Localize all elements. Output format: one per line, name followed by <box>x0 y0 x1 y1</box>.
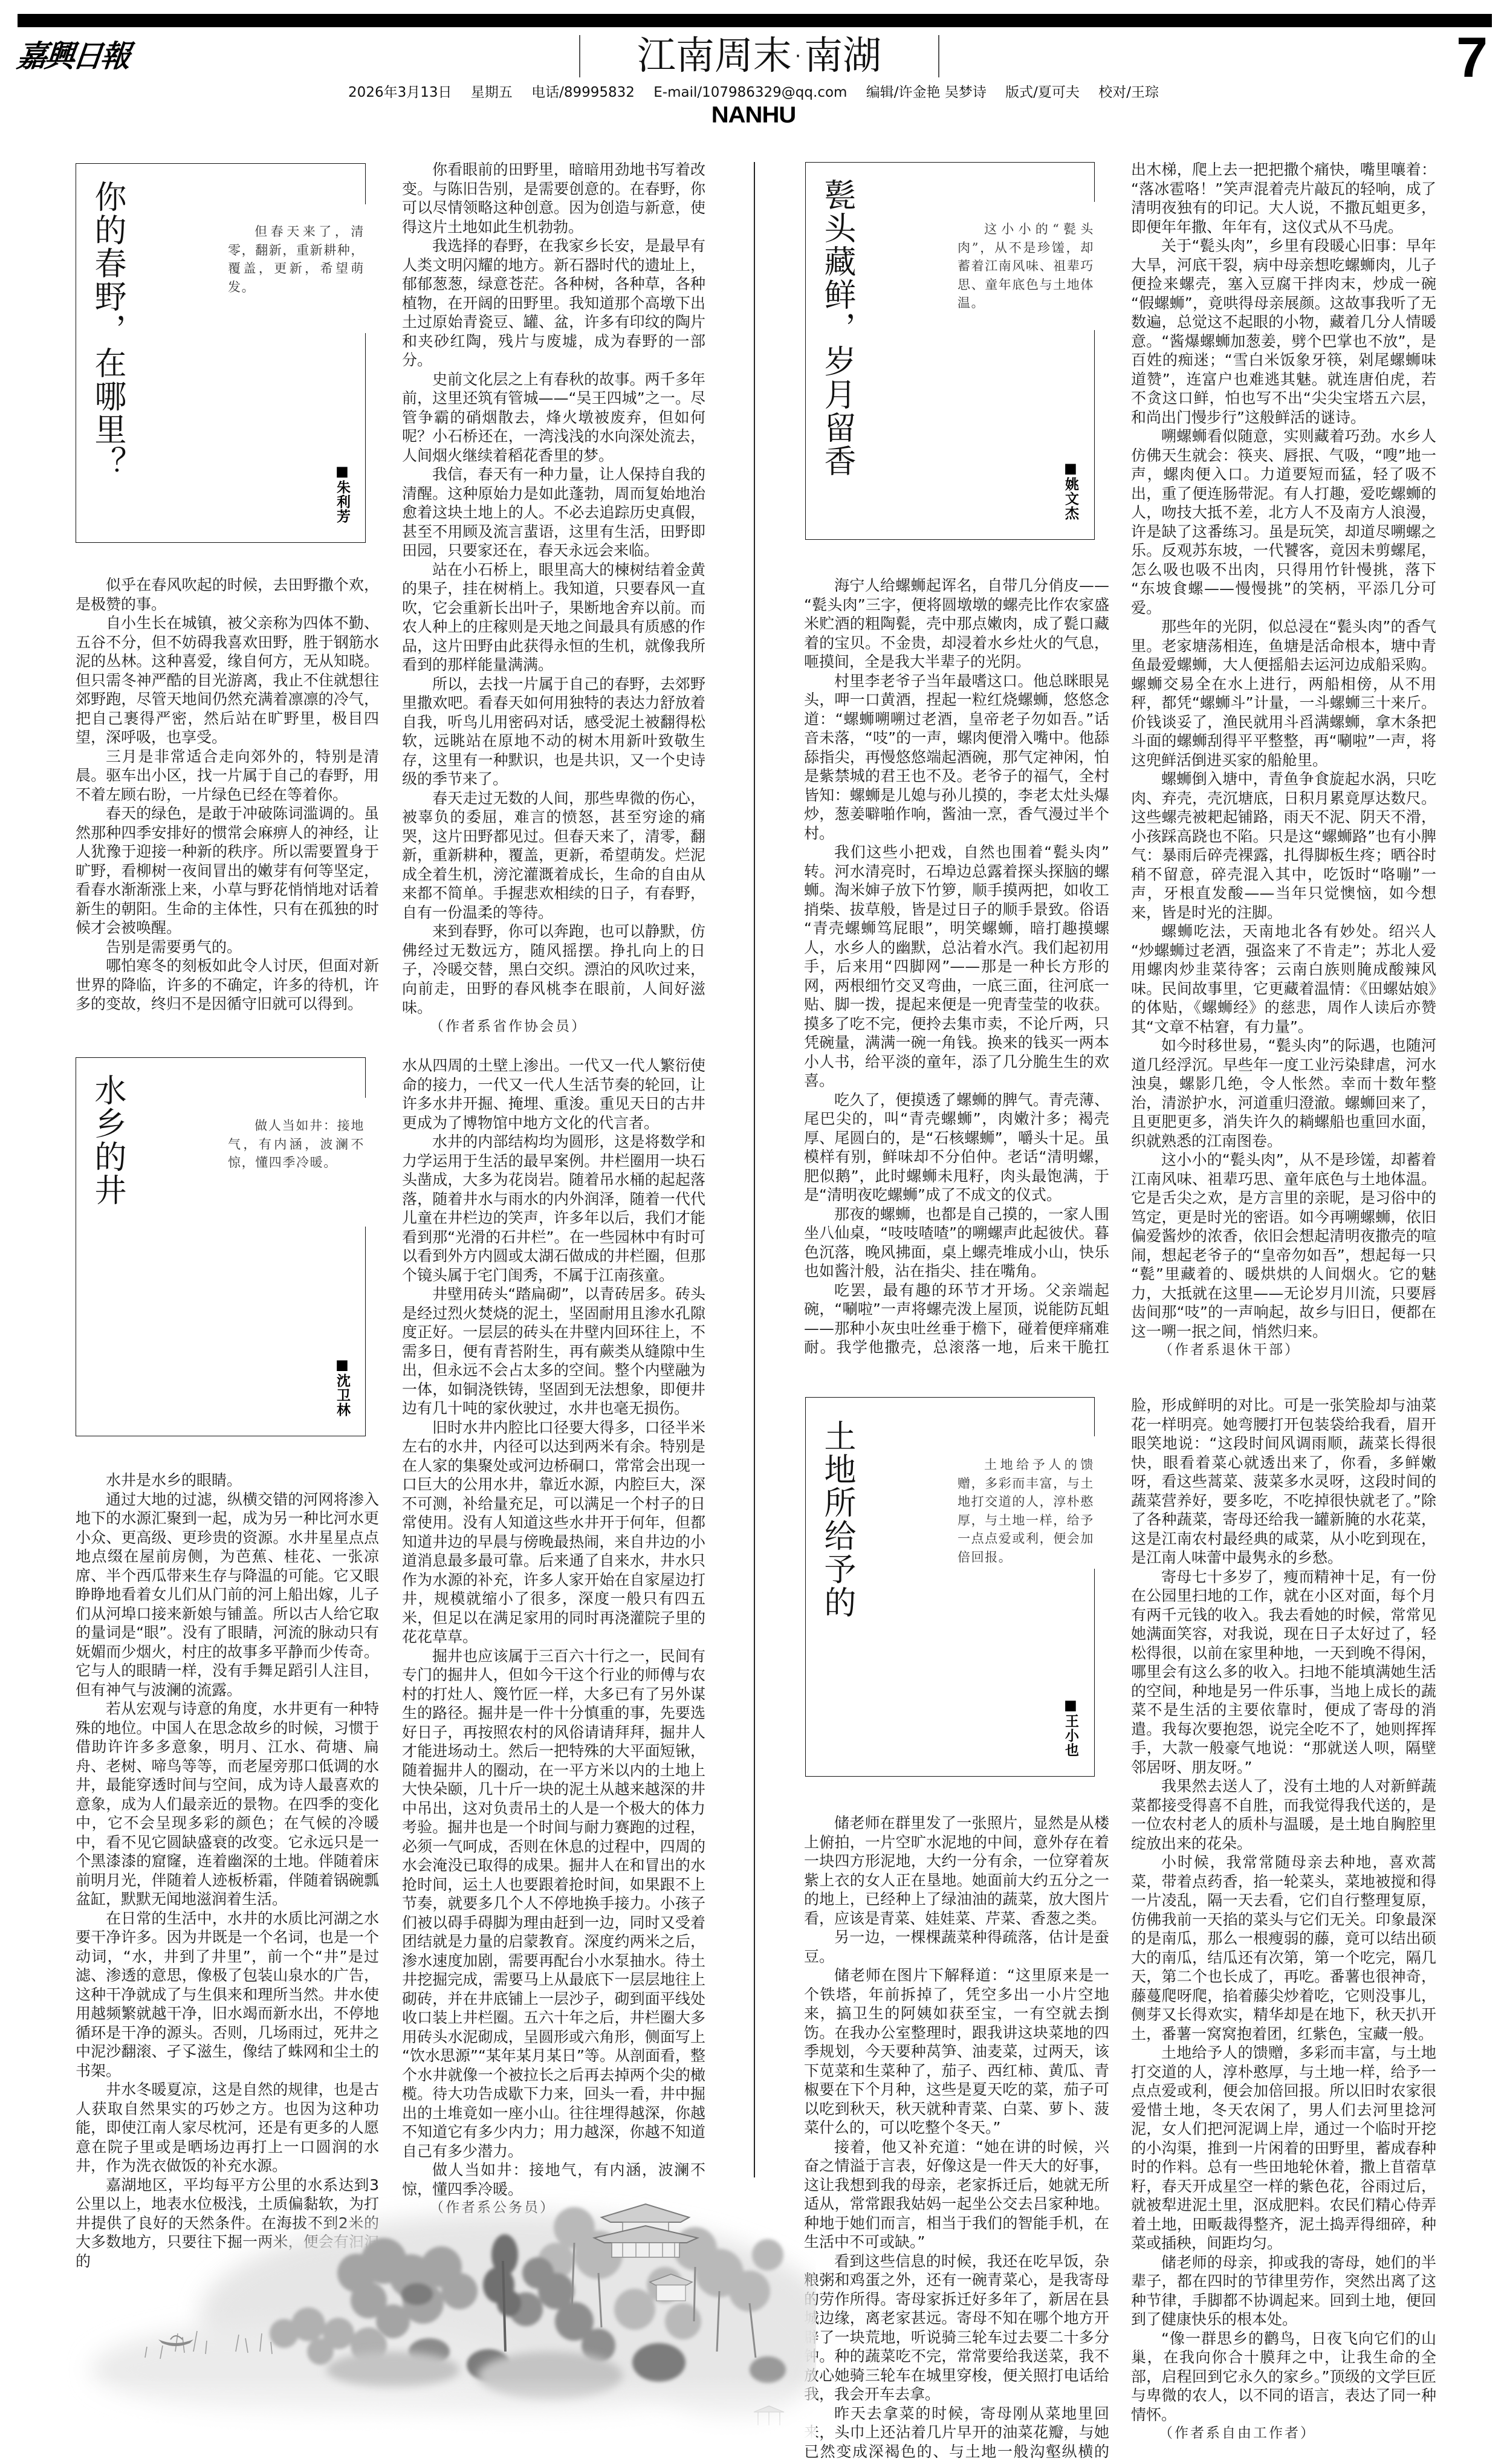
paragraph: “像一群思乡的鹳鸟，日夜飞向它们的山巢，在我向你合十膜拜之中，让我生命的全部，启… <box>1131 2329 1436 2425</box>
page-number: 7 <box>1456 29 1488 86</box>
article-column: 你看眼前的田野里，暗暗用劲地书写着改变。与陈旧告别，是需要创意的。在春野，你可以… <box>402 160 705 1036</box>
paragraph: 关于“甏头肉”，乡里有段暖心旧事：早年大旱，河底干裂，病中母亲想吃螺蛳肉，儿子便… <box>1131 236 1436 427</box>
paragraph: 昨天去拿菜的时候，寄母刚从菜地里回来，头巾上还沾着几片早开的油菜花瓣，与她已然变… <box>804 2404 1109 2462</box>
paragraph: 井壁用砖头“踏扁砌”，以青砖居多。砖头是经过烈火焚烧的泥土，坚固耐用且渗水孔隙度… <box>402 1285 705 1418</box>
paragraph: 掘井也应该属于三百六十行之一，民间有专门的掘井人，但如今干这个行业的师傅与农村的… <box>402 1647 705 2161</box>
article-title: 甏头藏鲜，岁月留香 <box>819 178 855 478</box>
newspaper-logo: 嘉興日報 <box>15 33 146 80</box>
byline-square-icon: ■ <box>1063 1697 1078 1714</box>
layout-credit: 版式/夏可夫 <box>1005 85 1080 100</box>
paragraph: 看到这些信息的时候，我还在吃早饭，杂粮粥和鸡蛋之外，还有一碗青菜心，是我寄母的劳… <box>804 2252 1109 2404</box>
section-title: 江南周末·南湖 <box>580 35 938 77</box>
paragraph: 村里李老爷子当年最嗜这口。他总眯眼晃头，呷一口黄酒，捏起一粒红烧螺蛳，悠悠念道：… <box>804 672 1109 843</box>
article-column: 海宁人给螺蛳起诨名，自带几分俏皮——“甏头肉”三字，便将圆墩墩的螺壳比作农家盛米… <box>804 576 1109 1357</box>
title-box-border-segment <box>365 1227 366 1436</box>
paragraph: 储老师的母亲，抑或我的寄母，她们的半辈子，都在四时的节律里劳作，突然出离了这种节… <box>1131 2253 1436 2329</box>
paragraph: 另一边，一棵棵蔬菜种得疏落，估计是蚕豆。 <box>804 1928 1109 1966</box>
paragraph: 史前文化层之上有春秋的故事。两千多年前，这里还筑有管城——“吴王四城”之一。尽管… <box>402 370 705 465</box>
paragraph: 我果然去送人了，没有土地的人对新鲜蔬菜都接受得喜不自胜，而我觉得我代送的，是一位… <box>1131 1777 1436 1853</box>
article-lede: 但春天来了，清零，翻新，重新耕种，覆盖，更新，希望萌发。 <box>228 222 365 296</box>
article-title: 土地所给予的 <box>819 1419 855 1619</box>
title-box-border-segment <box>1094 1569 1095 1777</box>
paragraph: 螺蛳吃法，天南地北各有妙处。绍兴人“炒螺蛳过老酒，强盗来了不肯走”；苏北人爱用螺… <box>1131 922 1436 1036</box>
byline-square-icon: ■ <box>334 464 350 480</box>
editors-credit: 编辑/许金艳 吴梦诗 <box>866 85 987 100</box>
byline-square-icon: ■ <box>334 1357 350 1373</box>
paragraph: 我们这些小把戏，自然也围着“甏头肉”转。河水清亮时，石埠边总露着探头探脑的螺蛳。… <box>804 843 1109 1091</box>
author-note: （作者系退休干部） <box>1131 1341 1436 1360</box>
paragraph: 螺蛳倒入塘中，青鱼争食旋起水涡，只吃肉、弃壳，壳沉塘底，日积月累竟厚达数尺。这些… <box>1131 770 1436 922</box>
paragraph: 这小小的“甏头肉”，从不是珍馐，却蓄着江南风味、祖辈巧思、童年底色与土地体温。它… <box>1131 1150 1436 1341</box>
article-column: 储老师在群里发了一张照片，显然是从楼上俯拍，一片空旷水泥地的中间，意外存在着一块… <box>804 1814 1109 2461</box>
paragraph: 三月是非常适合走向郊外的，特别是清晨。驱车出小区，找一片属于自己的春野，用不着左… <box>76 747 379 805</box>
paragraph: 若从宏观与诗意的角度，水井更有一种特殊的地位。中国人在思念故乡的时候，习惯于借助… <box>76 1699 379 1909</box>
paragraph: 旧时水井内腔比口径要大得多，口径半米左右的水井，内径可以达到两米有余。特别是在人… <box>402 1418 705 1647</box>
author-byline: ■朱利芳 <box>334 464 350 524</box>
paragraph: 所以，去找一片属于自己的春野，去郊野里撒欢吧。看春天如何用独特的表达力舒放着自我… <box>402 675 705 789</box>
paragraph: 自小生长在城镇，被父亲称为四体不勤、五谷不分，但不妨碍我喜欢田野，胜于钢筋水泥的… <box>76 614 379 747</box>
paragraph: 我信，春天有一种力量，让人保持自我的清醒。这种原始力是如此蓬勃，周而复始地治愈着… <box>402 465 705 560</box>
paragraph: 小时候，我常常随母亲去种地，喜欢蒿菜，带着点药香，掐一轮菜头，菜地被搅和得一片凌… <box>1131 1853 1436 2043</box>
paragraph: 那夜的螺蛳，也都是自己摸的，一家人围坐八仙桌，“吱吱喳喳”的嗍螺声此起彼伏。暮色… <box>804 1205 1109 1281</box>
paragraph: 储老师在图片下解释道：“这里原来是一个铁塔，年前拆掉了，凭空多出一小片空地来，搞… <box>804 1966 1109 2138</box>
paragraph: 水井是水乡的眼睛。 <box>76 1471 379 1490</box>
paragraph: 如今时移世易，“甏头肉”的际遇，也随河道几经浮沉。早些年一度工业污染肆虐，河水浊… <box>1131 1036 1436 1150</box>
ink-wash-landscape-illustration <box>54 2170 816 2442</box>
issue-weekday: 星期五 <box>471 85 513 100</box>
article-column: 脸，形成鲜明的对比。可是一张笑脸却与油菜花一样明亮。她弯腰打开包装袋给我看，眉开… <box>1131 1396 1436 2443</box>
dateline: 2026年3月13日 星期五 电话/89995832 E-mail/107986… <box>0 85 1507 100</box>
contact-phone: 电话/89995832 <box>531 85 635 100</box>
article-column: 似乎在春风吹起的时候，去田野撒个欢，是极赞的事。 自小生长在城镇，被父亲称为四体… <box>76 575 379 1014</box>
contact-email: E-mail/107986329@qq.com <box>653 85 847 100</box>
byline-square-icon: ■ <box>1063 461 1078 477</box>
author-note: （作者系自由工作者） <box>1131 2424 1436 2443</box>
paragraph-continued: 出木梯，爬上去一把把撒个痛快，嘴里嚷着：“落冰雹咯！”笑声混着壳片敲瓦的轻响，成… <box>1131 160 1436 236</box>
center-column-divider <box>754 162 755 2177</box>
paragraph: 我选择的春野，在我家乡长安，是最早有人类文明闪耀的地方。新石器时代的遗址上，郁郁… <box>402 236 705 370</box>
author-name: 朱利芳 <box>334 480 350 524</box>
title-box-border-segment <box>1094 330 1095 540</box>
paragraph: 告别是需要勇气的。 <box>76 938 379 957</box>
title-box-border-segment <box>1094 1397 1095 1436</box>
section-name-english: NANHU <box>0 104 1507 126</box>
article-lede: 这小小的“甏头肉”，从不是珍馐，却蓄着江南风味、祖辈巧思、童年底色与土地体温。 <box>958 220 1094 313</box>
paragraph: 来到春野，你可以奔跑，也可以静默，仿佛经过无数远方，随风摇摆。挣扎向上的日子，冷… <box>402 922 705 1017</box>
paragraph-continued: 脸，形成鲜明的对比。可是一张笑脸却与油菜花一样明亮。她弯腰打开包装袋给我看，眉开… <box>1131 1396 1436 1568</box>
paragraph: 通过大地的过滤，纵横交错的河网将渗入地下的水源汇聚到一起，成为另一种比河水更小众… <box>76 1490 379 1700</box>
article-title: 水乡的井 <box>89 1074 126 1207</box>
article-lede: 做人当如井：接地气，有内涵，波澜不惊，懂四季冷暖。 <box>228 1117 365 1172</box>
paragraph: 似乎在春风吹起的时候，去田野撒个欢，是极赞的事。 <box>76 575 379 614</box>
proofreader-credit: 校对/王琮 <box>1098 85 1159 100</box>
author-name: 王小也 <box>1063 1714 1078 1757</box>
issue-date: 2026年3月13日 <box>348 85 452 100</box>
paragraph: 你看眼前的田野里，暗暗用劲地书写着改变。与陈旧告别，是需要创意的。在春野，你可以… <box>402 160 705 236</box>
bottom-fade <box>54 2376 816 2442</box>
paragraph: 水井的内部结构均为圆形，这是将数学和力学运用于生活的最早案例。井栏圈用一块石头凿… <box>402 1132 705 1285</box>
article-lede: 土地给予人的馈赠，多彩而丰富，与土地打交道的人，淳朴憨厚，与土地一样，给予一点点… <box>958 1456 1094 1566</box>
paragraph: 土地给予人的馈赠，多彩而丰富，与土地打交道的人，淳朴憨厚，与土地一样，给予一点点… <box>1131 2043 1436 2253</box>
paragraph: 哪怕寒冬的刻板如此令人讨厌，但面对新世界的降临，许多的不确定，许多的待机，许多的… <box>76 956 379 1014</box>
paragraph-continued: 水从四周的土壁上渗出。一代又一代人繁衍使命的接力，一代又一代人生活节奏的轮回，让… <box>402 1056 705 1132</box>
newspaper-page: 嘉興日報 江南周末·南湖 7 2026年3月13日 星期五 电话/8999583… <box>0 0 1507 2464</box>
masthead-rule-right <box>938 35 939 77</box>
article-title: 你的春野，在哪里？ <box>89 180 126 479</box>
paragraph: 吃罢，最有趣的环节才开场。父亲端起碗，“唰啦”一声将螺壳泼上屋顶，说能防瓦蛆——… <box>804 1281 1109 1357</box>
article-column: 水井是水乡的眼睛。 通过大地的过滤，纵横交错的河网将渗入地下的水源汇聚到一起，成… <box>76 1471 379 2271</box>
paragraph: 井水冬暖夏凉，这是自然的规律，也是古人获取自然果实的巧妙之方。也因为这种功能，即… <box>76 2080 379 2176</box>
title-box-border-segment <box>1094 162 1095 202</box>
paragraph: 春天走过无数的人间，那些卑微的伤心，被辜负的委屈，难言的愤怒，甚至穷途的痛哭，这… <box>402 789 705 922</box>
author-name: 沈卫林 <box>334 1373 350 1417</box>
masthead-bar <box>18 14 1492 27</box>
author-name: 姚文杰 <box>1063 477 1078 520</box>
paragraph: 嗍螺蛳看似随意，实则藏着巧劲。水乡人仿佛天生就会：筷夹、唇抿、气吸，“嗖”地一声… <box>1131 427 1436 617</box>
author-byline: ■沈卫林 <box>334 1357 350 1417</box>
title-box-border-segment <box>365 1057 366 1098</box>
author-note: （作者系省作协会员） <box>402 1017 705 1037</box>
paragraph: 海宁人给螺蛳起诨名，自带几分俏皮——“甏头肉”三字，便将圆墩墩的螺壳比作农家盛米… <box>804 576 1109 672</box>
paragraph: 那些年的光阴，似总浸在“甏头肉”的香气里。老家塘荡相连，鱼塘是活命根本，塘中青鱼… <box>1131 617 1436 770</box>
title-box-border-segment <box>365 333 366 543</box>
author-byline: ■王小也 <box>1063 1697 1078 1757</box>
article-column: 出木梯，爬上去一把把撒个痛快，嘴里嚷着：“落冰雹咯！”笑声混着壳片敲瓦的轻响，成… <box>1131 160 1436 1360</box>
paragraph: 接着，他又补充道：“她在讲的时候，兴奋之情溢于言表，好像这是一件天大的好事，这让… <box>804 2138 1109 2252</box>
paragraph: 储老师在群里发了一张照片，显然是从楼上俯拍，一片空旷水泥地的中间，意外存在着一块… <box>804 1814 1109 1928</box>
author-byline: ■姚文杰 <box>1063 461 1078 520</box>
paragraph: 站在小石桥上，眼里高大的楝树结着金黄的果子，挂在树梢上。我知道，只要春风一直吹，… <box>402 560 705 675</box>
article-column: 水从四周的土壁上渗出。一代又一代人繁衍使命的接力，一代又一代人生活节奏的轮回，让… <box>402 1056 705 2218</box>
paragraph: 吃久了，便摸透了螺蛳的脾气。青壳薄、尾巴尖的，叫“青壳螺蛳”，肉嫩汁多；褐壳厚、… <box>804 1091 1109 1205</box>
paragraph: 在日常的生活中，水井的水质比河湖之水要干净许多。因为井既是一个名词，也是一个动词… <box>76 1909 379 2081</box>
title-box-border-segment <box>365 163 366 204</box>
paragraph: 春天的绿色，是敢于冲破陈词滥调的。虽然那种四季安排好的惯常会麻痹人的神经，让人犹… <box>76 804 379 938</box>
paragraph: 寄母七十多岁了，瘦而精神十足，有一份在公园里扫地的工作，就在小区对面，每个月有两… <box>1131 1568 1436 1777</box>
